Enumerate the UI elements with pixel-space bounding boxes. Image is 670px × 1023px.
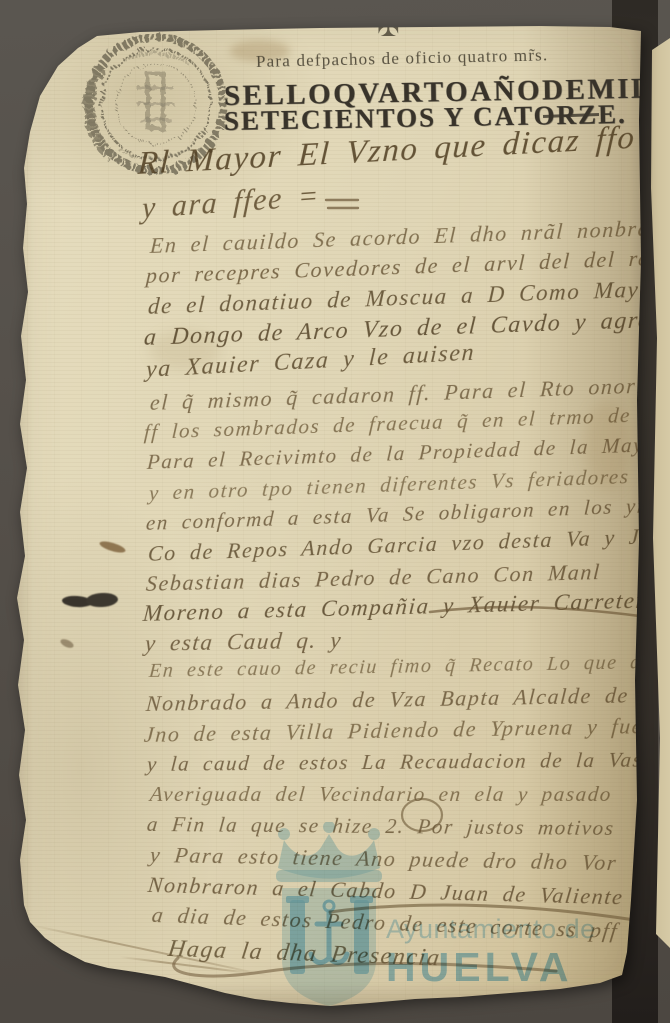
archive-photo-background: ✠ Para defpachos de oficio quatro mr̃s. … <box>0 0 670 1023</box>
watermark-line-2: HUELVA <box>386 944 572 991</box>
ink-streak-stain <box>98 539 126 555</box>
handwritten-line: Jno de esta Villa Pidiendo de Ypruena y … <box>143 713 644 748</box>
foxing-stain <box>59 637 75 649</box>
printed-fee-line: Para defpachos de oficio quatro mr̃s. <box>256 45 549 72</box>
dark-blot-stain <box>86 592 119 608</box>
handwritten-line: y esta Caud q. y <box>144 628 343 657</box>
handwritten-line: y ara ffee = <box>141 179 320 226</box>
handwritten-line: y la caud de estos La Recaudacion de la … <box>146 747 665 777</box>
handwritten-line: Averiguada del Vecindario en ela y pasad… <box>149 782 613 807</box>
watermark-crest <box>272 822 387 1022</box>
maltese-cross-ornament: ✠ <box>377 12 400 43</box>
manuscript-page: ✠ Para defpachos de oficio quatro mr̃s. … <box>0 0 670 1023</box>
watermark-line-1: Ayuntamiento de <box>386 914 596 945</box>
handwritten-line: Nonbrado a Ando de Vza Bapta Alcalde de … <box>145 682 670 717</box>
